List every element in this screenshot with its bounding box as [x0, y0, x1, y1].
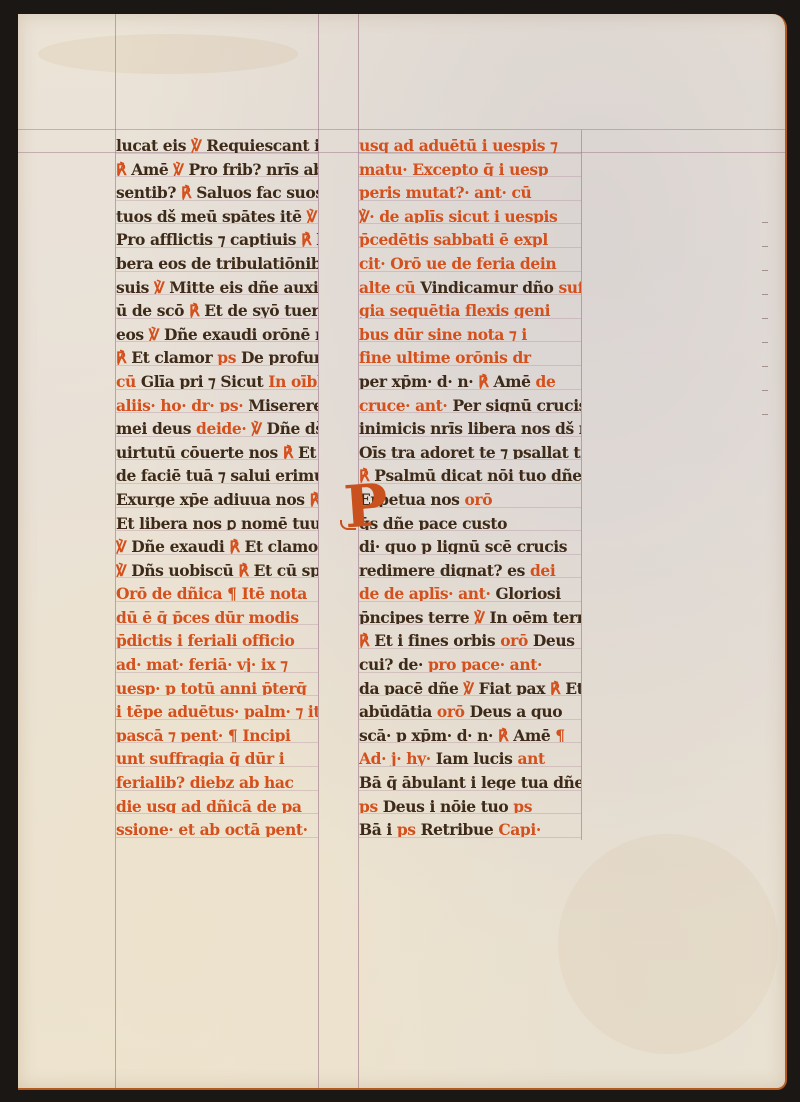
- rubric-text: de: [536, 372, 556, 390]
- body-text: Et clamor: [245, 537, 318, 555]
- text-column-left: lucat eis ℣ Requiescant i pace℟ Amē ℣ Pr…: [116, 130, 318, 838]
- body-text: Mitte eis dñe auxili: [169, 278, 318, 296]
- text-line: unt suffragia q̄ dūr i: [116, 743, 318, 767]
- rubric-text: ℣: [154, 278, 169, 296]
- text-line: eos ℣ Dñe exaudi orōnē meā: [116, 319, 318, 343]
- text-line: ū de scō ℟ Et de syō tuere: [116, 295, 318, 319]
- pricking-mark: [762, 390, 768, 391]
- text-line: ℣ Dñs uobiscū ℟ Et cū spū·: [116, 555, 318, 579]
- text-line: cui? de· pro pace· ant·: [359, 649, 581, 673]
- body-text: Amē: [131, 160, 173, 178]
- rubric-text: bus dūr sine nota ⁊ i: [359, 325, 527, 343]
- pricking-mark: [762, 222, 768, 223]
- rubric-text: ℟: [229, 537, 244, 555]
- body-text: sentib?: [116, 183, 181, 201]
- rubric-text: suffra: [558, 278, 581, 296]
- text-line: ℟ Et i fines orbis orō Deus: [359, 625, 581, 649]
- body-text: scā· p xp̄m· d· n·: [359, 726, 498, 744]
- rubric-text: Ad· j· hy·: [359, 749, 436, 767]
- rubric-text: Orō de dñica ¶ Itē nota: [116, 584, 307, 602]
- body-text: Bā i: [359, 820, 397, 838]
- body-text: Et libera nos ꝑ nomē tuum: [116, 514, 318, 532]
- body-text: eos: [116, 325, 149, 343]
- text-line: abūdātia orō Deus a quo: [359, 696, 581, 720]
- body-text: suis: [116, 278, 154, 296]
- text-line: cū Glīa pri ⁊ Sicut In oībl: [116, 366, 318, 390]
- rubric-text: ℟: [181, 183, 196, 201]
- text-line: p̄dictis i feriali officio: [116, 625, 318, 649]
- rubric-text: alte cū: [359, 278, 420, 296]
- rubric-text: orō: [437, 702, 470, 720]
- pricking-mark: [762, 342, 768, 343]
- body-text: Per signū crucis de: [452, 396, 581, 414]
- body-text: Gloriosi: [495, 584, 560, 602]
- text-line: ℣· de aplīs sicut i uespis: [359, 201, 581, 225]
- body-text: abūdātia: [359, 702, 437, 720]
- rubric-text: ℟: [283, 443, 298, 461]
- body-text: per xp̄m· d· n·: [359, 372, 478, 390]
- rubric-text: die usq ad dñicā de pa: [116, 797, 302, 815]
- rubric-text: ps: [397, 820, 421, 838]
- rubric-text: uesp· p totū anni p̄terq̄: [116, 679, 307, 697]
- body-text: Bā q̄ ābulant i lege tua dñe: [359, 773, 581, 791]
- text-line: de faciē tuā ⁊ salui erimus ℣: [116, 460, 318, 484]
- text-line: cruce· ant· Per signū crucis de: [359, 390, 581, 414]
- pricking-mark: [762, 246, 768, 247]
- body-text: Dñe exaudi orōnē meā: [164, 325, 318, 343]
- text-line: ℟ Amē ℣ Pro frib? nrīs ab: [116, 154, 318, 178]
- text-line: lucat eis ℣ Requiescant i pace: [116, 130, 318, 154]
- pricking-mark: [762, 318, 768, 319]
- rubric-text: fine ultime orōnis dr: [359, 348, 531, 366]
- text-line: suis ℣ Mitte eis dñe auxili: [116, 272, 318, 296]
- text-line: Orō de dñica ¶ Itē nota: [116, 578, 318, 602]
- body-text: Dñe dš: [267, 419, 318, 437]
- rubric-text: p̄dictis i feriali officio: [116, 631, 294, 649]
- text-line: pascā ⁊ pent· ¶ Incipi: [116, 720, 318, 744]
- body-text: Et ost: [298, 443, 318, 461]
- rubric-text: de de aplīs· ant·: [359, 584, 495, 602]
- body-text: cui? de·: [359, 655, 428, 673]
- body-text: da pacē dñe: [359, 679, 463, 697]
- body-text: Oīs tra adoret te ⁊ psallat tibi: [359, 443, 581, 461]
- rubric-text: pro pace· ant·: [428, 655, 542, 673]
- text-line: cit· Orō ue de feria dein: [359, 248, 581, 272]
- rubric-text: ℟: [478, 372, 493, 390]
- text-line: inimicis nrīs libera nos dš nr ℣: [359, 413, 581, 437]
- rubric-text: ℣: [116, 561, 131, 579]
- text-line: die usq ad dñicā de pa: [116, 791, 318, 815]
- body-text: Retribue: [421, 820, 499, 838]
- rubric-text: ℟: [238, 561, 253, 579]
- pricking-mark: [762, 294, 768, 295]
- body-text: Et clamor: [131, 348, 217, 366]
- text-line: redimere dignat? es dei: [359, 555, 581, 579]
- rubric-text: ℟: [359, 631, 374, 649]
- body-text: Dñs uobiscū: [131, 561, 238, 579]
- body-text: Et de syō tuere: [204, 301, 318, 319]
- text-line: uesp· p totū anni p̄terq̄: [116, 673, 318, 697]
- pricking-mark: [762, 366, 768, 367]
- rubric-text: ℟: [116, 160, 131, 178]
- body-text: bera eos de tribulatiōnibus: [116, 254, 318, 272]
- rubric-text: ferialib? diebz ab hac: [116, 773, 294, 791]
- rubric-text: dū ē q̄ p̄ces dūr modis: [116, 608, 299, 626]
- text-line: ssione· et ab octā pent·: [116, 814, 318, 838]
- body-text: li: [316, 230, 318, 248]
- body-text: mei deus: [116, 419, 196, 437]
- rubric-text: gia sequētia flexis geni: [359, 301, 550, 319]
- rubric-text: ¶: [555, 726, 564, 744]
- text-line: i tēpe aduētus· palm· ⁊ iter: [116, 696, 318, 720]
- body-text: de faciē tuā ⁊ salui erimus: [116, 466, 318, 484]
- body-text: Et: [565, 679, 581, 697]
- discoloration: [558, 834, 778, 1054]
- rubric-text: orō: [464, 490, 492, 508]
- text-line: tuos dš meū spātes itē ℣: [116, 201, 318, 225]
- rubric-text: ℣: [463, 679, 478, 697]
- water-stain: [38, 34, 298, 74]
- rubric-text: ℣: [149, 325, 164, 343]
- text-line: da pacē dñe ℣ Fiat pax ℟ Et: [359, 673, 581, 697]
- text-line: p̄ncipes terre ℣ In oēm terram·: [359, 602, 581, 626]
- text-line: alte cū Vindicamur dño suffra: [359, 272, 581, 296]
- body-text: di· quo p lignū scē crucis: [359, 537, 567, 555]
- text-line: Ad· j· hy· Iam lucis ant: [359, 743, 581, 767]
- rubric-text: ps: [217, 348, 241, 366]
- rubric-text: ℣: [173, 160, 188, 178]
- rubric-text: deide· ℣: [196, 419, 266, 437]
- ruling-line-right-outer: [581, 130, 582, 840]
- body-text: redimere dignat? es: [359, 561, 530, 579]
- text-line: peris mutat?· ant· cū: [359, 177, 581, 201]
- text-line: Bā i ps Retribue Capi·: [359, 814, 581, 838]
- rubric-text: usq ad aduētū i uespis ⁊: [359, 136, 557, 154]
- body-text: Miserere: [248, 396, 318, 414]
- body-text: Fiat pax: [479, 679, 550, 697]
- rubric-text: p̄cedētis sabbati ē expl: [359, 230, 548, 248]
- body-text: inimicis nrīs libera nos dš nr: [359, 419, 581, 437]
- text-line: Et libera nos ꝑ nomē tuum: [116, 508, 318, 532]
- rubric-text: ℟: [550, 679, 565, 697]
- body-text: Deus: [533, 631, 575, 649]
- body-text: De profundis: [241, 348, 318, 366]
- body-text: Deus i nōie tuo: [383, 797, 514, 815]
- body-text: Requiescant i pace: [206, 136, 318, 154]
- body-text: Saluos fac suos: [196, 183, 318, 201]
- text-line: bus dūr sine nota ⁊ i: [359, 319, 581, 343]
- rubric-text: i tēpe aduētus· palm· ⁊ iter: [116, 702, 318, 720]
- text-line: q̄s dñe pace custo: [359, 508, 581, 532]
- rubric-text: cruce· ant·: [359, 396, 452, 414]
- rubric-text: matu· Excepto q̄ i uesp: [359, 160, 548, 178]
- body-text: Pro frib? nrīs ab: [189, 160, 319, 178]
- text-column-right: usq ad aduētū i uespis ⁊matu· Excepto q̄…: [359, 130, 581, 838]
- rubric-text: Capi·: [498, 820, 541, 838]
- body-text: Et cū spū·: [254, 561, 318, 579]
- rubric-text: cū: [116, 372, 141, 390]
- rubric-text: ℟: [189, 301, 204, 319]
- body-text: Et i fines orbis: [374, 631, 500, 649]
- text-line: matu· Excepto q̄ i uesp: [359, 154, 581, 178]
- pricking-mark: [762, 270, 768, 271]
- body-text: Vindicamur dño: [420, 278, 558, 296]
- pricking-mark: [762, 414, 768, 415]
- body-text: uirtutū cōuerte nos: [116, 443, 283, 461]
- rubric-text: ℣: [474, 608, 489, 626]
- initial-flourish: [340, 520, 356, 530]
- rubric-text: aliis· ho· dr· ps·: [116, 396, 248, 414]
- text-line: Oīs tra adoret te ⁊ psallat tibi: [359, 437, 581, 461]
- rubric-text: ℣· de aplīs sicut i uespis: [359, 207, 557, 225]
- text-line: dū ē q̄ p̄ces dūr modis: [116, 602, 318, 626]
- rubric-text: unt suffragia q̄ dūr i: [116, 749, 284, 767]
- text-line: fine ultime orōnis dr: [359, 342, 581, 366]
- text-line: usq ad aduētū i uespis ⁊: [359, 130, 581, 154]
- text-line: ferialib? diebz ab hac: [116, 767, 318, 791]
- body-text: Iam lucis: [436, 749, 518, 767]
- body-text: Dñe exaudi: [131, 537, 229, 555]
- rubric-text: In oībl: [268, 372, 318, 390]
- rubric-text: ℣: [307, 207, 317, 225]
- text-line: sentib? ℟ Saluos fac suos: [116, 177, 318, 201]
- rubric-text: ssione· et ab octā pent·: [116, 820, 308, 838]
- body-text: tuos dš meū spātes itē: [116, 207, 307, 225]
- text-line: Exurge xp̄e adiuua nos ℟: [116, 484, 318, 508]
- body-text: Amē: [493, 372, 535, 390]
- body-text: In oēm terram·: [489, 608, 581, 626]
- text-line: per xp̄m· d· n· ℟ Amē de: [359, 366, 581, 390]
- rubric-text: peris mutat?· ant· cū: [359, 183, 531, 201]
- text-line: mei deus deide· ℣ Dñe dš: [116, 413, 318, 437]
- rubric-text: ℟: [310, 490, 318, 508]
- body-text: p̄ncipes terre: [359, 608, 474, 626]
- text-line: ps Deus i nōie tuo ps: [359, 791, 581, 815]
- body-text: lucat eis: [116, 136, 191, 154]
- text-line: Bā q̄ ābulant i lege tua dñe: [359, 767, 581, 791]
- body-text: Glīa pri ⁊ Sicut: [141, 372, 268, 390]
- rubric-text: ℣: [191, 136, 206, 154]
- text-line: de de aplīs· ant· Gloriosi: [359, 578, 581, 602]
- rubric-text: ℟: [116, 348, 131, 366]
- rubric-text: ad· mat· feriā· vj· ix ⁊: [116, 655, 288, 673]
- text-line: Erpetua nos orō: [359, 484, 581, 508]
- text-line: uirtutū cōuerte nos ℟ Et ost: [116, 437, 318, 461]
- text-line: p̄cedētis sabbati ē expl: [359, 224, 581, 248]
- rubric-text: ps: [513, 797, 532, 815]
- body-text: Pro afflictis ⁊ captiuis: [116, 230, 301, 248]
- text-line: ℟ Et clamor ps De profundis: [116, 342, 318, 366]
- rubric-text: pascā ⁊ pent· ¶ Incipi: [116, 726, 291, 744]
- text-line: ad· mat· feriā· vj· ix ⁊: [116, 649, 318, 673]
- text-line: scā· p xp̄m· d· n· ℟ Amē ¶: [359, 720, 581, 744]
- rubric-text: ℣: [116, 537, 131, 555]
- ruling-line-left-inner: [318, 14, 319, 1088]
- body-text: Deus a quo: [470, 702, 563, 720]
- rubric-text: dei: [530, 561, 555, 579]
- text-line: gia sequētia flexis geni: [359, 295, 581, 319]
- text-line: bera eos de tribulatiōnibus: [116, 248, 318, 272]
- rubric-text: ℟: [301, 230, 316, 248]
- rubric-text: ℟: [498, 726, 513, 744]
- body-text: Amē: [513, 726, 555, 744]
- text-line: di· quo p lignū scē crucis: [359, 531, 581, 555]
- body-text: Exurge xp̄e adiuua nos: [116, 490, 310, 508]
- rubric-text: ps: [359, 797, 383, 815]
- rubric-text: cit· Orō ue de feria dein: [359, 254, 556, 272]
- text-line: aliis· ho· dr· ps· Miserere: [116, 390, 318, 414]
- rubric-text: ant: [517, 749, 544, 767]
- body-text: ū de scō: [116, 301, 189, 319]
- text-line: ℟ Psalmū dicat nōi tuo dñe: [359, 460, 581, 484]
- text-line: Pro afflictis ⁊ captiuis ℟ li: [116, 224, 318, 248]
- body-text: Psalmū dicat nōi tuo dñe: [374, 466, 581, 484]
- text-line: ℣ Dñe exaudi ℟ Et clamor: [116, 531, 318, 555]
- rubric-text: orō: [500, 631, 533, 649]
